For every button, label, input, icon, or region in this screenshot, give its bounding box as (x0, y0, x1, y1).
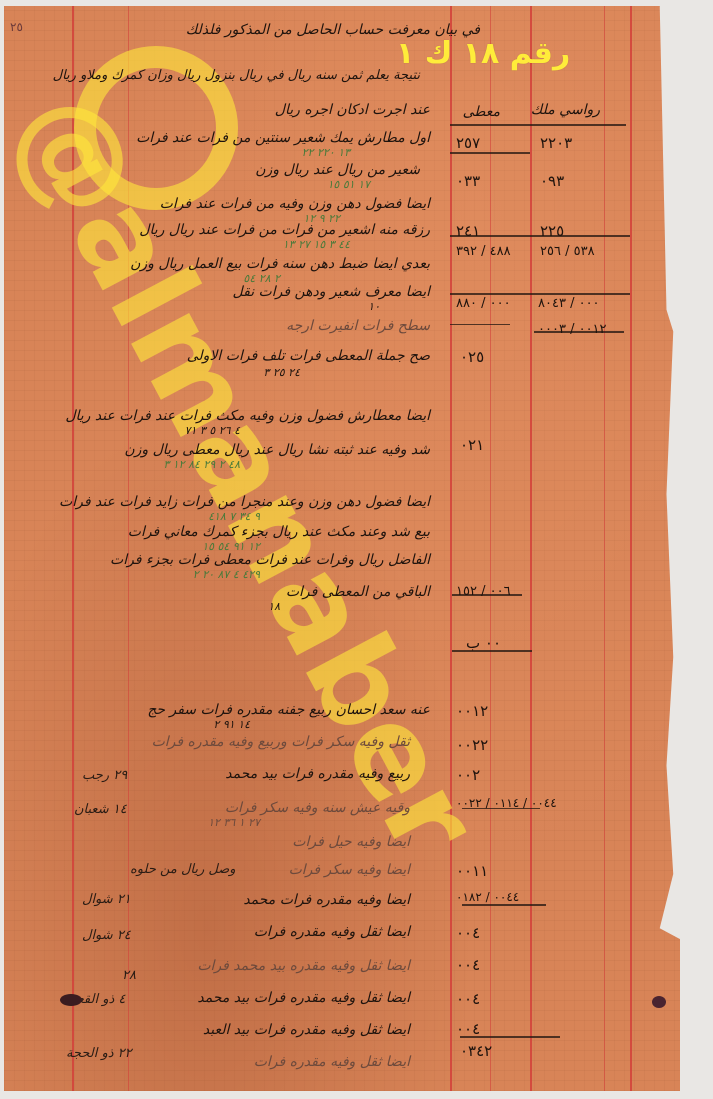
entry-col1: ٠٣٣ (456, 172, 480, 190)
lower-entry-text: ايضا ثقل وفيه مقدره فرات (254, 1054, 410, 1070)
lower-entry-amount: ٠٠٤٤ / ٠١١٤ / ٠٠٢٢ (456, 796, 557, 810)
entry-sub: ١٨ (268, 600, 280, 613)
entry-text: اول مطارش يمك شعير سنتين من فرات عند فرا… (136, 130, 430, 146)
column-rule-3 (530, 6, 532, 1091)
entry-sub: ٤٨ ٢ ٢٩ ٨٤ ١٢ ٣ (163, 458, 240, 471)
lower-entry-text: ثقل وفيه سكر فرات وربيع وفيه مقدره فرات (152, 734, 410, 750)
total-line (462, 904, 546, 906)
entry-col1: ٠٢١ (460, 436, 484, 454)
entry-col1: ٢٤١ (456, 222, 480, 240)
entry-sub: ٢٤ ٢٥ ٣ (263, 366, 300, 379)
lower-entry-amount: ٠٠٤ (456, 990, 480, 1008)
total-line (450, 152, 530, 154)
margin-date: ٢٤ شوال (82, 928, 131, 943)
entry-text: شعير من ريال عند ريال وزن (255, 162, 420, 178)
lower-entry-text: عنه سعد احسان ربيع جفنه مقدره فرات سفر ح… (147, 702, 430, 718)
margin-date: ٢٨ (122, 968, 136, 983)
lower-entry-amount: ٠٠٢٢ (456, 736, 488, 754)
entry-text: الفاضل ريال وفرات عند فرات معطى فرات بجز… (110, 552, 430, 568)
page-number: ٢٥ (10, 20, 23, 34)
entry-text: الباقي من المعطى فرات (286, 584, 430, 600)
lower-entry-text: ايضا ثقل وفيه مقدره فرات بيد محمد (197, 990, 410, 1006)
lower-entry-text: ايضا وفيه سكر فرات (289, 862, 410, 878)
entry-col2: ٢٢٥ (540, 222, 564, 240)
column-header-given: معطى (463, 104, 500, 120)
entry-sub: ٤٢٩ ٤ ٨٧ ٢٠ ٢ (193, 568, 260, 581)
entry-sub: ٤٤ ٣ ١٥ ٢٧ ١٣ (283, 238, 350, 251)
entry-text: صح جملة المعطى فرات تلف فرات الاولى (187, 348, 430, 364)
lower-entry-amount: ٠٠٢ (456, 766, 480, 784)
header-line-2: نتيجة يعلم ثمن سنه ريال في ريال بنزول ري… (53, 68, 420, 83)
column-rule-1 (450, 6, 452, 1091)
entry-sub: ٩ ٣٤ ٧ ٤١٨ (208, 510, 260, 523)
column-rule-5 (630, 6, 632, 1091)
entry-col2: ٠٩٣ (540, 172, 564, 190)
total-line (450, 324, 510, 325)
lower-entry-amount: ٠٠٤ (456, 956, 480, 974)
column-rule-4 (604, 6, 605, 1091)
entry-col1: ٠٠٦ / ١٥٢ (456, 584, 511, 599)
lower-entry-text: وقيه عيش سنه وفيه سكر فرات (225, 800, 410, 816)
lower-entry-text: ايضا وفيه حيل فرات (292, 834, 410, 850)
entry-col1: ٠٠٠ / ٨٨٠ (456, 296, 511, 311)
lower-entry-text: ايضا ثقل وفيه مقدره بيد محمد فرات (197, 958, 410, 974)
margin-date: ٢٩ رجب (82, 768, 127, 783)
lower-entry-text: ربيع وفيه مقدره فرات بيد محمد (225, 766, 410, 782)
lower-entry-amount: ٠٠٤٤ / ٠١٨٢ (456, 890, 519, 904)
header-line-3: عند اجرت ادكان اجره ريال (275, 102, 430, 118)
lower-entry-text: ايضا ثقل وفيه مقدره فرات بيد العبد (203, 1022, 410, 1038)
entry-col2: ٠٠١٢ / ٠٠٠٣ (538, 322, 607, 337)
lower-entry-amount: ٠٠١٢ (456, 702, 488, 720)
section-marker: ٠٠ ب (466, 634, 501, 652)
entry-col2: ٢٢٠٣ (540, 134, 572, 152)
reference-label: رقم ١٨ ك ١ (396, 36, 570, 71)
entry-col1: ٢٥٧ (456, 134, 480, 152)
lower-entry-text: ايضا وفيه مقدره فرات محمد (243, 892, 410, 908)
margin-rule-left (72, 6, 74, 1091)
entry-text: ايضا فضول دهن وزن وفيه من فرات عند فرات (160, 196, 430, 212)
entry-col1: ٠٢٥ (460, 348, 484, 366)
entry-text: بيع شد وعند مكث عند ريال بجزء كمرك معاني… (128, 524, 430, 540)
lower-entry-sub: ١٤ ٩١ ٢ (213, 718, 250, 731)
entry-col2: ٥٣٨ / ٢٥٦ (540, 244, 595, 259)
lower-entry-amount: ٠٠٤ (456, 1020, 480, 1038)
total-line (450, 293, 630, 295)
entry-sub: ١٣ ٢٢٠ ٢٢ (302, 146, 350, 159)
entry-text: شد وفيه عند ثبته نشا ريال عند ريال معطى … (124, 442, 430, 458)
entry-text: ايضا فضول دهن وزن وعند منجرا من فرات زاي… (59, 494, 430, 510)
lower-entry-text: ايضا ثقل وفيه مقدره فرات (254, 924, 410, 940)
margin-date: ٢١ شوال (82, 892, 131, 907)
entry-text: سطح فرات انفيرت ارجه (286, 318, 430, 334)
lower-entry-amount: ٠٠٤ (456, 924, 480, 942)
lower-entry-amount: ٠٣٤٢ (460, 1042, 492, 1060)
header-underline-1 (450, 124, 530, 126)
column-rule-2 (490, 6, 491, 1091)
margin-date: ٢٢ ذو الحجة (66, 1046, 132, 1061)
lower-entry-amount: ٠٠١١ (456, 862, 488, 880)
entry-text: ايضا معرف شعير ودهن فرات نقل (233, 284, 430, 300)
lower-entry-sub: ٢٧ ١ ٣٦ ١٢ (208, 816, 260, 829)
column-header-capital: رواسي ملك (531, 102, 600, 118)
entry-sub: ٤ ٢٦ ٥ ٣ ٧١ (185, 424, 240, 437)
ink-blot (60, 994, 82, 1006)
margin-date: ١٤ شعبان (74, 802, 127, 817)
margin-note: وصل ريال من حلوه (130, 862, 236, 877)
entry-text: بعدي ايضا ضبط دهن سنه فرات بيع العمل ريا… (130, 256, 430, 272)
entry-col2: ٠٠٠ / ٨٠٤٣ (538, 296, 600, 311)
entry-sub: ١٧ ٥١ ١٥ (328, 178, 370, 191)
entry-text: رزقه منه اشعير من فرات من فرات عند ريال … (139, 222, 430, 238)
ledger-page: @almanaber ٢٥ في بيان معرفت حساب الحاصل … (4, 6, 680, 1091)
entry-text: ايضا معطارش فضول وزن وفيه مكث فرات عند ف… (65, 408, 430, 424)
entry-sub: ١٠ (368, 300, 380, 313)
ink-blot (652, 996, 666, 1008)
header-underline-2 (530, 124, 626, 126)
entry-col1: ٤٨٨ / ٣٩٢ (456, 244, 511, 259)
